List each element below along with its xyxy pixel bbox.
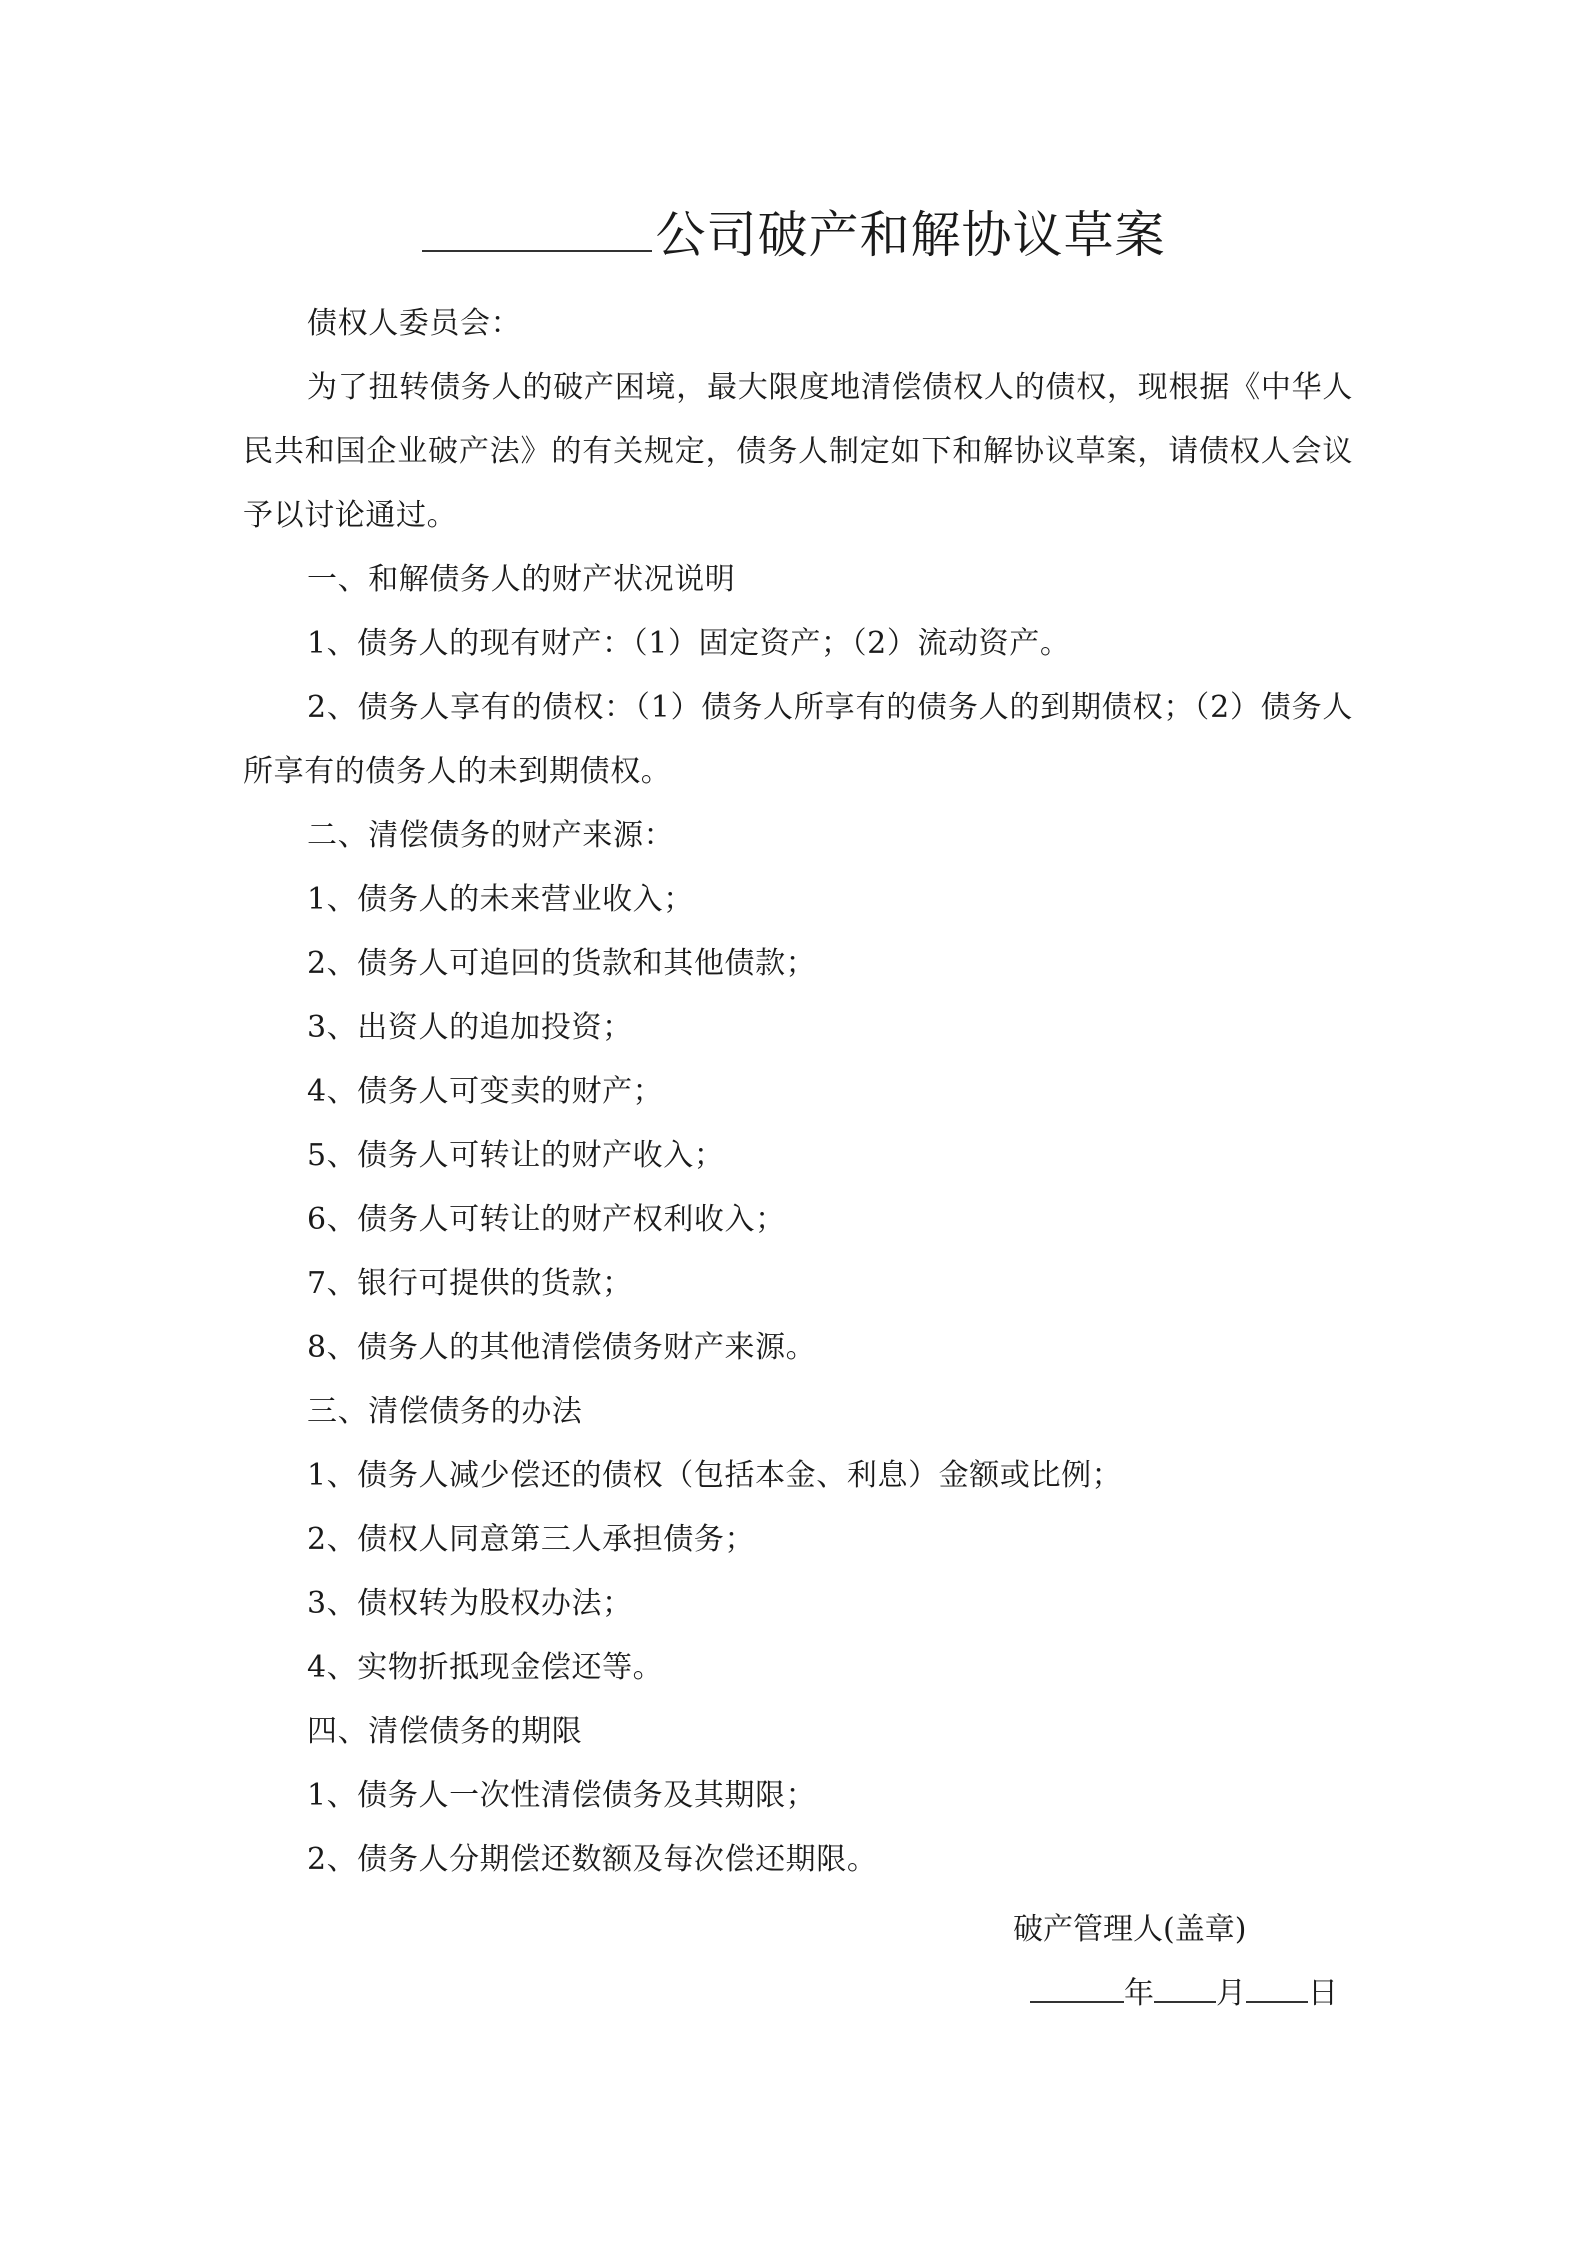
month-label: 月 (1216, 1976, 1246, 2011)
section-1-item-2: 2、债务人享有的债权：（1）债务人所享有的债务人的到期债权；（2）债务人所享有的… (243, 676, 1353, 804)
year-label: 年 (1124, 1976, 1154, 2011)
section-2-item-3: 3、出资人的追加投资； (243, 996, 1353, 1060)
company-name-blank[interactable] (422, 204, 652, 252)
intro-paragraph: 为了扭转债务人的破产困境，最大限度地清偿债权人的债权，现根据《中华人民共和国企业… (243, 356, 1353, 548)
year-blank[interactable] (1030, 1971, 1124, 2003)
section-3-item-4: 4、实物折抵现金偿还等。 (243, 1636, 1353, 1700)
section-2-item-4: 4、债务人可变卖的财产； (243, 1060, 1353, 1124)
document-page: 公司破产和解协议草案 债权人委员会： 为了扭转债务人的破产困境，最大限度地清偿债… (0, 0, 1587, 2245)
section-2-item-5: 5、债务人可转让的财产收入； (243, 1124, 1353, 1188)
document-body: 债权人委员会： 为了扭转债务人的破产困境，最大限度地清偿债权人的债权，现根据《中… (243, 292, 1353, 1892)
section-3-item-2: 2、债权人同意第三人承担债务； (243, 1508, 1353, 1572)
section-3-item-3: 3、债权转为股权办法； (243, 1572, 1353, 1636)
title-text: 公司破产和解协议草案 (656, 206, 1166, 264)
section-4-item-1: 1、债务人一次性清偿债务及其期限； (243, 1764, 1353, 1828)
signature-line: 破产管理人(盖章) (1013, 1898, 1246, 1962)
section-heading-1: 一、和解债务人的财产状况说明 (243, 548, 1353, 612)
day-blank[interactable] (1246, 1971, 1308, 2003)
section-4-item-2: 2、债务人分期偿还数额及每次偿还期限。 (243, 1828, 1353, 1892)
section-heading-3: 三、清偿债务的办法 (243, 1380, 1353, 1444)
document-title: 公司破产和解协议草案 (0, 200, 1587, 270)
section-2-item-1: 1、债务人的未来营业收入； (243, 868, 1353, 932)
date-line: 年月日 (1030, 1962, 1338, 2026)
section-3-item-1: 1、债务人减少偿还的债权（包括本金、利息）金额或比例； (243, 1444, 1353, 1508)
section-2-item-6: 6、债务人可转让的财产权利收入； (243, 1188, 1353, 1252)
section-2-item-8: 8、债务人的其他清偿债务财产来源。 (243, 1316, 1353, 1380)
section-heading-2: 二、清偿债务的财产来源： (243, 804, 1353, 868)
section-heading-4: 四、清偿债务的期限 (243, 1700, 1353, 1764)
section-1-item-1: 1、债务人的现有财产：（1）固定资产；（2）流动资产。 (243, 612, 1353, 676)
salutation: 债权人委员会： (243, 292, 1353, 356)
day-label: 日 (1308, 1976, 1338, 2011)
section-2-item-7: 7、银行可提供的货款； (243, 1252, 1353, 1316)
month-blank[interactable] (1154, 1971, 1216, 2003)
section-2-item-2: 2、债务人可追回的货款和其他债款； (243, 932, 1353, 996)
